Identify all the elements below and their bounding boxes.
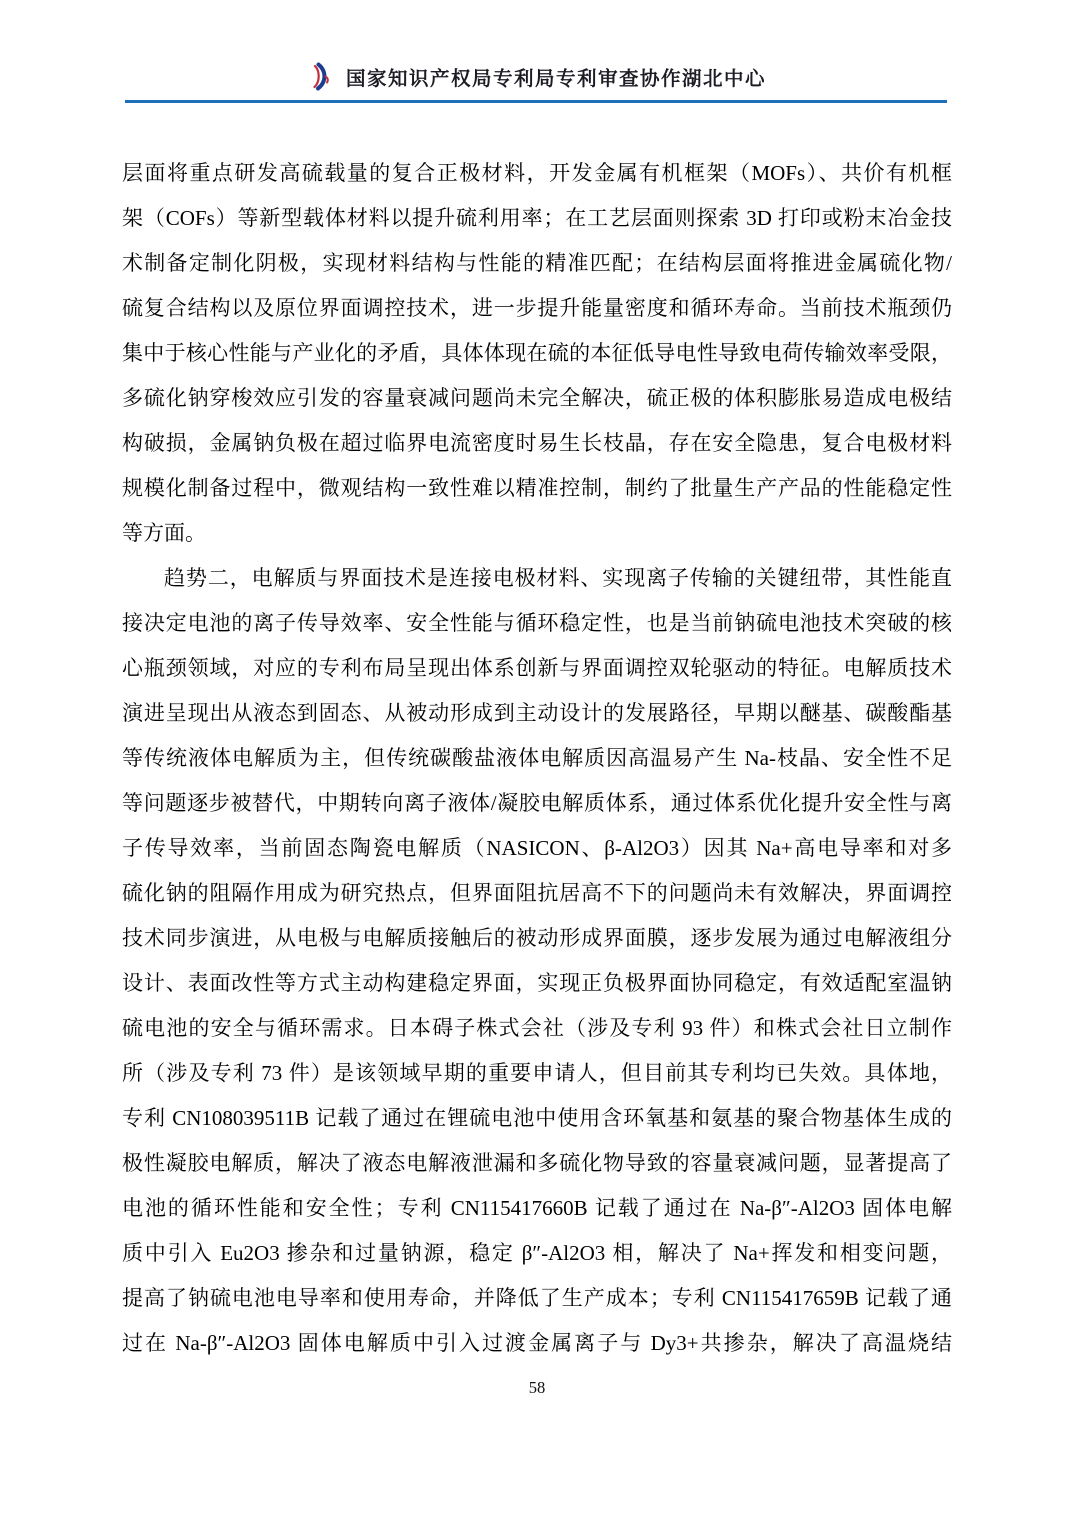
text-line: 趋势二，电解质与界面技术是连接电极材料、实现离子传输的关键纽带，其性能直	[122, 556, 952, 601]
text-line: 过在 Na-β″-Al2O3 固体电解质中引入过渡金属离子与 Dy3+共掺杂，解…	[122, 1321, 952, 1366]
text-line: 专利 CN108039511B 记载了通过在锂硫电池中使用含环氧基和氨基的聚合物…	[122, 1096, 952, 1141]
text-line: 术制备定制化阴极，实现材料结构与性能的精准匹配；在结构层面将推进金属硫化物/	[122, 241, 952, 286]
text-line: 设计、表面改性等方式主动构建稳定界面，实现正负极界面协同稳定，有效适配室温钠	[122, 961, 952, 1006]
text-line: 构破损，金属钠负极在超过临界电流密度时易生长枝晶，存在安全隐患，复合电极材料	[122, 421, 952, 466]
text-line: 等方面。	[122, 511, 952, 556]
text-line: 质中引入 Eu2O3 掺杂和过量钠源，稳定 β″-Al2O3 相，解决了 Na+…	[122, 1231, 952, 1276]
header-title: 国家知识产权局专利局专利审查协作湖北中心	[346, 63, 766, 91]
document-body: 层面将重点研发高硫载量的复合正极材料，开发金属有机框架（MOFs）、共价有机框架…	[122, 151, 952, 1366]
text-line: 所（涉及专利 73 件）是该领域早期的重要申请人，但目前其专利均已失效。具体地，	[122, 1051, 952, 1096]
text-line: 架（COFs）等新型载体材料以提升硫利用率；在工艺层面则探索 3D 打印或粉末冶…	[122, 196, 952, 241]
paragraph: 趋势二，电解质与界面技术是连接电极材料、实现离子传输的关键纽带，其性能直接决定电…	[122, 556, 952, 1366]
text-line: 等问题逐步被替代，中期转向离子液体/凝胶电解质体系，通过体系优化提升安全性与离	[122, 781, 952, 826]
text-line: 心瓶颈领域，对应的专利布局呈现出体系创新与界面调控双轮驱动的特征。电解质技术	[122, 646, 952, 691]
text-line: 层面将重点研发高硫载量的复合正极材料，开发金属有机框架（MOFs）、共价有机框	[122, 151, 952, 196]
text-line: 等传统液体电解质为主，但传统碳酸盐液体电解质因高温易产生 Na-枝晶、安全性不足	[122, 736, 952, 781]
text-line: 提高了钠硫电池电导率和使用寿命，并降低了生产成本；专利 CN115417659B…	[122, 1276, 952, 1321]
text-line: 极性凝胶电解质，解决了液态电解液泄漏和多硫化物导致的容量衰减问题，显著提高了	[122, 1141, 952, 1186]
text-line: 接决定电池的离子传导效率、安全性能与循环稳定性，也是当前钠硫电池技术突破的核	[122, 601, 952, 646]
page-header: 国家知识产权局专利局专利审查协作湖北中心	[0, 62, 1074, 92]
page-number: 58	[0, 1378, 1074, 1398]
text-line: 硫电池的安全与循环需求。日本碍子株式会社（涉及专利 93 件）和株式会社日立制作	[122, 1006, 952, 1051]
text-line: 子传导效率，当前固态陶瓷电解质（NASICON、β-Al2O3）因其 Na+高电…	[122, 826, 952, 871]
text-line: 技术同步演进，从电极与电解质接触后的被动形成界面膜，逐步发展为通过电解液组分	[122, 916, 952, 961]
text-line: 集中于核心性能与产业化的矛盾，具体体现在硫的本征低导电性导致电荷传输效率受限，	[122, 331, 952, 376]
text-line: 电池的循环性能和安全性；专利 CN115417660B 记载了通过在 Na-β″…	[122, 1186, 952, 1231]
text-line: 多硫化钠穿梭效应引发的容量衰减问题尚未完全解决，硫正极的体积膨胀易造成电极结	[122, 376, 952, 421]
text-line: 硫化钠的阻隔作用成为研究热点，但界面阻抗居高不下的问题尚未有效解决，界面调控	[122, 871, 952, 916]
text-line: 演进呈现出从液态到固态、从被动形成到主动设计的发展路径，早期以醚基、碳酸酯基	[122, 691, 952, 736]
agency-logo-icon	[308, 62, 332, 92]
paragraph: 层面将重点研发高硫载量的复合正极材料，开发金属有机框架（MOFs）、共价有机框架…	[122, 151, 952, 556]
header-rule	[125, 100, 947, 103]
text-line: 硫复合结构以及原位界面调控技术，进一步提升能量密度和循环寿命。当前技术瓶颈仍	[122, 286, 952, 331]
text-line: 规模化制备过程中，微观结构一致性难以精准控制，制约了批量生产产品的性能稳定性	[122, 466, 952, 511]
document-page: 国家知识产权局专利局专利审查协作湖北中心 层面将重点研发高硫载量的复合正极材料，…	[0, 0, 1074, 1520]
